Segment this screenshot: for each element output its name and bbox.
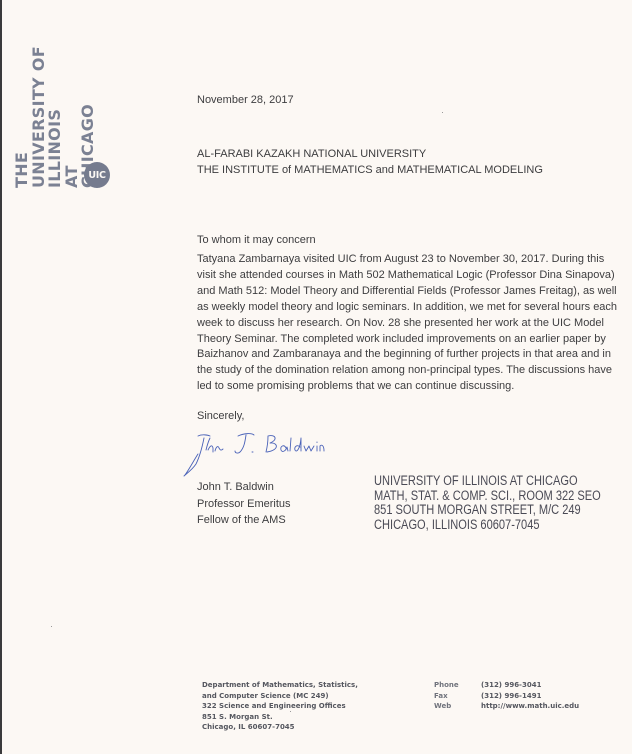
body-line: Tatyana Zambarnaya visited UIC from Augu… bbox=[197, 252, 617, 268]
footer-address: Department of Mathematics, Statistics, a… bbox=[202, 680, 358, 733]
contact-phone: Phone (312) 996-3041 bbox=[434, 680, 579, 691]
letter-body: Tatyana Zambarnaya visited UIC from Augu… bbox=[197, 252, 617, 395]
body-line: the study of the domination relation amo… bbox=[197, 363, 617, 379]
scan-speck bbox=[442, 112, 443, 113]
scan-speck bbox=[51, 626, 52, 627]
stamp-line: MATH, STAT. & COMP. SCI., ROOM 322 SEO bbox=[374, 489, 601, 504]
footer-address-line: and Computer Science (MC 249) bbox=[202, 691, 358, 702]
handwritten-signature bbox=[182, 430, 342, 478]
stamp-line: 851 SOUTH MORGAN STREET, M/C 249 bbox=[374, 503, 601, 518]
body-line: visit she attended courses in Math 502 M… bbox=[197, 268, 617, 284]
footer-address-line: Chicago, IL 60607-7045 bbox=[202, 722, 358, 733]
recipient-line: AL-FARABI KAZAKH NATIONAL UNIVERSITY bbox=[197, 146, 543, 162]
contact-label: Fax bbox=[434, 691, 481, 702]
signer-block: John T. Baldwin Professor Emeritus Fello… bbox=[197, 479, 291, 529]
footer-contacts: Phone (312) 996-3041 Fax (312) 996-1491 … bbox=[434, 680, 579, 712]
signer-name: John T. Baldwin bbox=[197, 479, 291, 496]
contact-web: Web http://www.math.uic.edu bbox=[434, 701, 579, 712]
signer-affiliation: Fellow of the AMS bbox=[197, 512, 291, 529]
scan-speck bbox=[290, 711, 291, 712]
recipient-block: AL-FARABI KAZAKH NATIONAL UNIVERSITY THE… bbox=[197, 146, 543, 178]
uic-logo: THE UNIVERSITY OF ILLINOIS AT CHICAGO bbox=[14, 38, 98, 188]
body-line: Theory Seminar. The completed work inclu… bbox=[197, 332, 617, 348]
contact-value[interactable]: http://www.math.uic.edu bbox=[481, 701, 579, 712]
recipient-line: THE INSTITUTE of MATHEMATICS and MATHEMA… bbox=[197, 162, 543, 178]
address-stamp: UNIVERSITY OF ILLINOIS AT CHICAGO MATH, … bbox=[374, 474, 601, 532]
letter-date: November 28, 2017 bbox=[197, 94, 294, 106]
scan-edge bbox=[0, 0, 2, 754]
contact-label: Phone bbox=[434, 680, 481, 691]
contact-fax: Fax (312) 996-1491 bbox=[434, 691, 579, 702]
salutation: To whom it may concern bbox=[197, 234, 316, 246]
footer-address-line: Department of Mathematics, Statistics, bbox=[202, 680, 358, 691]
contact-value: (312) 996-1491 bbox=[481, 691, 541, 702]
body-line: week to discuss her research. On Nov. 28… bbox=[197, 316, 617, 332]
logo-wordmark: THE UNIVERSITY OF ILLINOIS AT CHICAGO bbox=[14, 38, 98, 188]
body-line: as weekly model theory and logic seminar… bbox=[197, 300, 617, 316]
footer-address-line: 851 S. Morgan St. bbox=[202, 712, 358, 723]
stamp-line: CHICAGO, ILLINOIS 60607-7045 bbox=[374, 518, 601, 533]
signer-title: Professor Emeritus bbox=[197, 496, 291, 513]
contact-label: Web bbox=[434, 701, 481, 712]
closing: Sincerely, bbox=[197, 410, 244, 422]
contact-value: (312) 996-3041 bbox=[481, 680, 541, 691]
body-line: led to some promising problems that we c… bbox=[197, 379, 617, 395]
uic-badge-icon: UIC bbox=[84, 162, 110, 188]
footer-address-line: 322 Science and Engineering Offices bbox=[202, 701, 358, 712]
stamp-line: UNIVERSITY OF ILLINOIS AT CHICAGO bbox=[374, 474, 601, 489]
body-line: Baizhanov and Zambaranaya and the beginn… bbox=[197, 347, 617, 363]
body-line: and Math 512: Model Theory and Different… bbox=[197, 284, 617, 300]
